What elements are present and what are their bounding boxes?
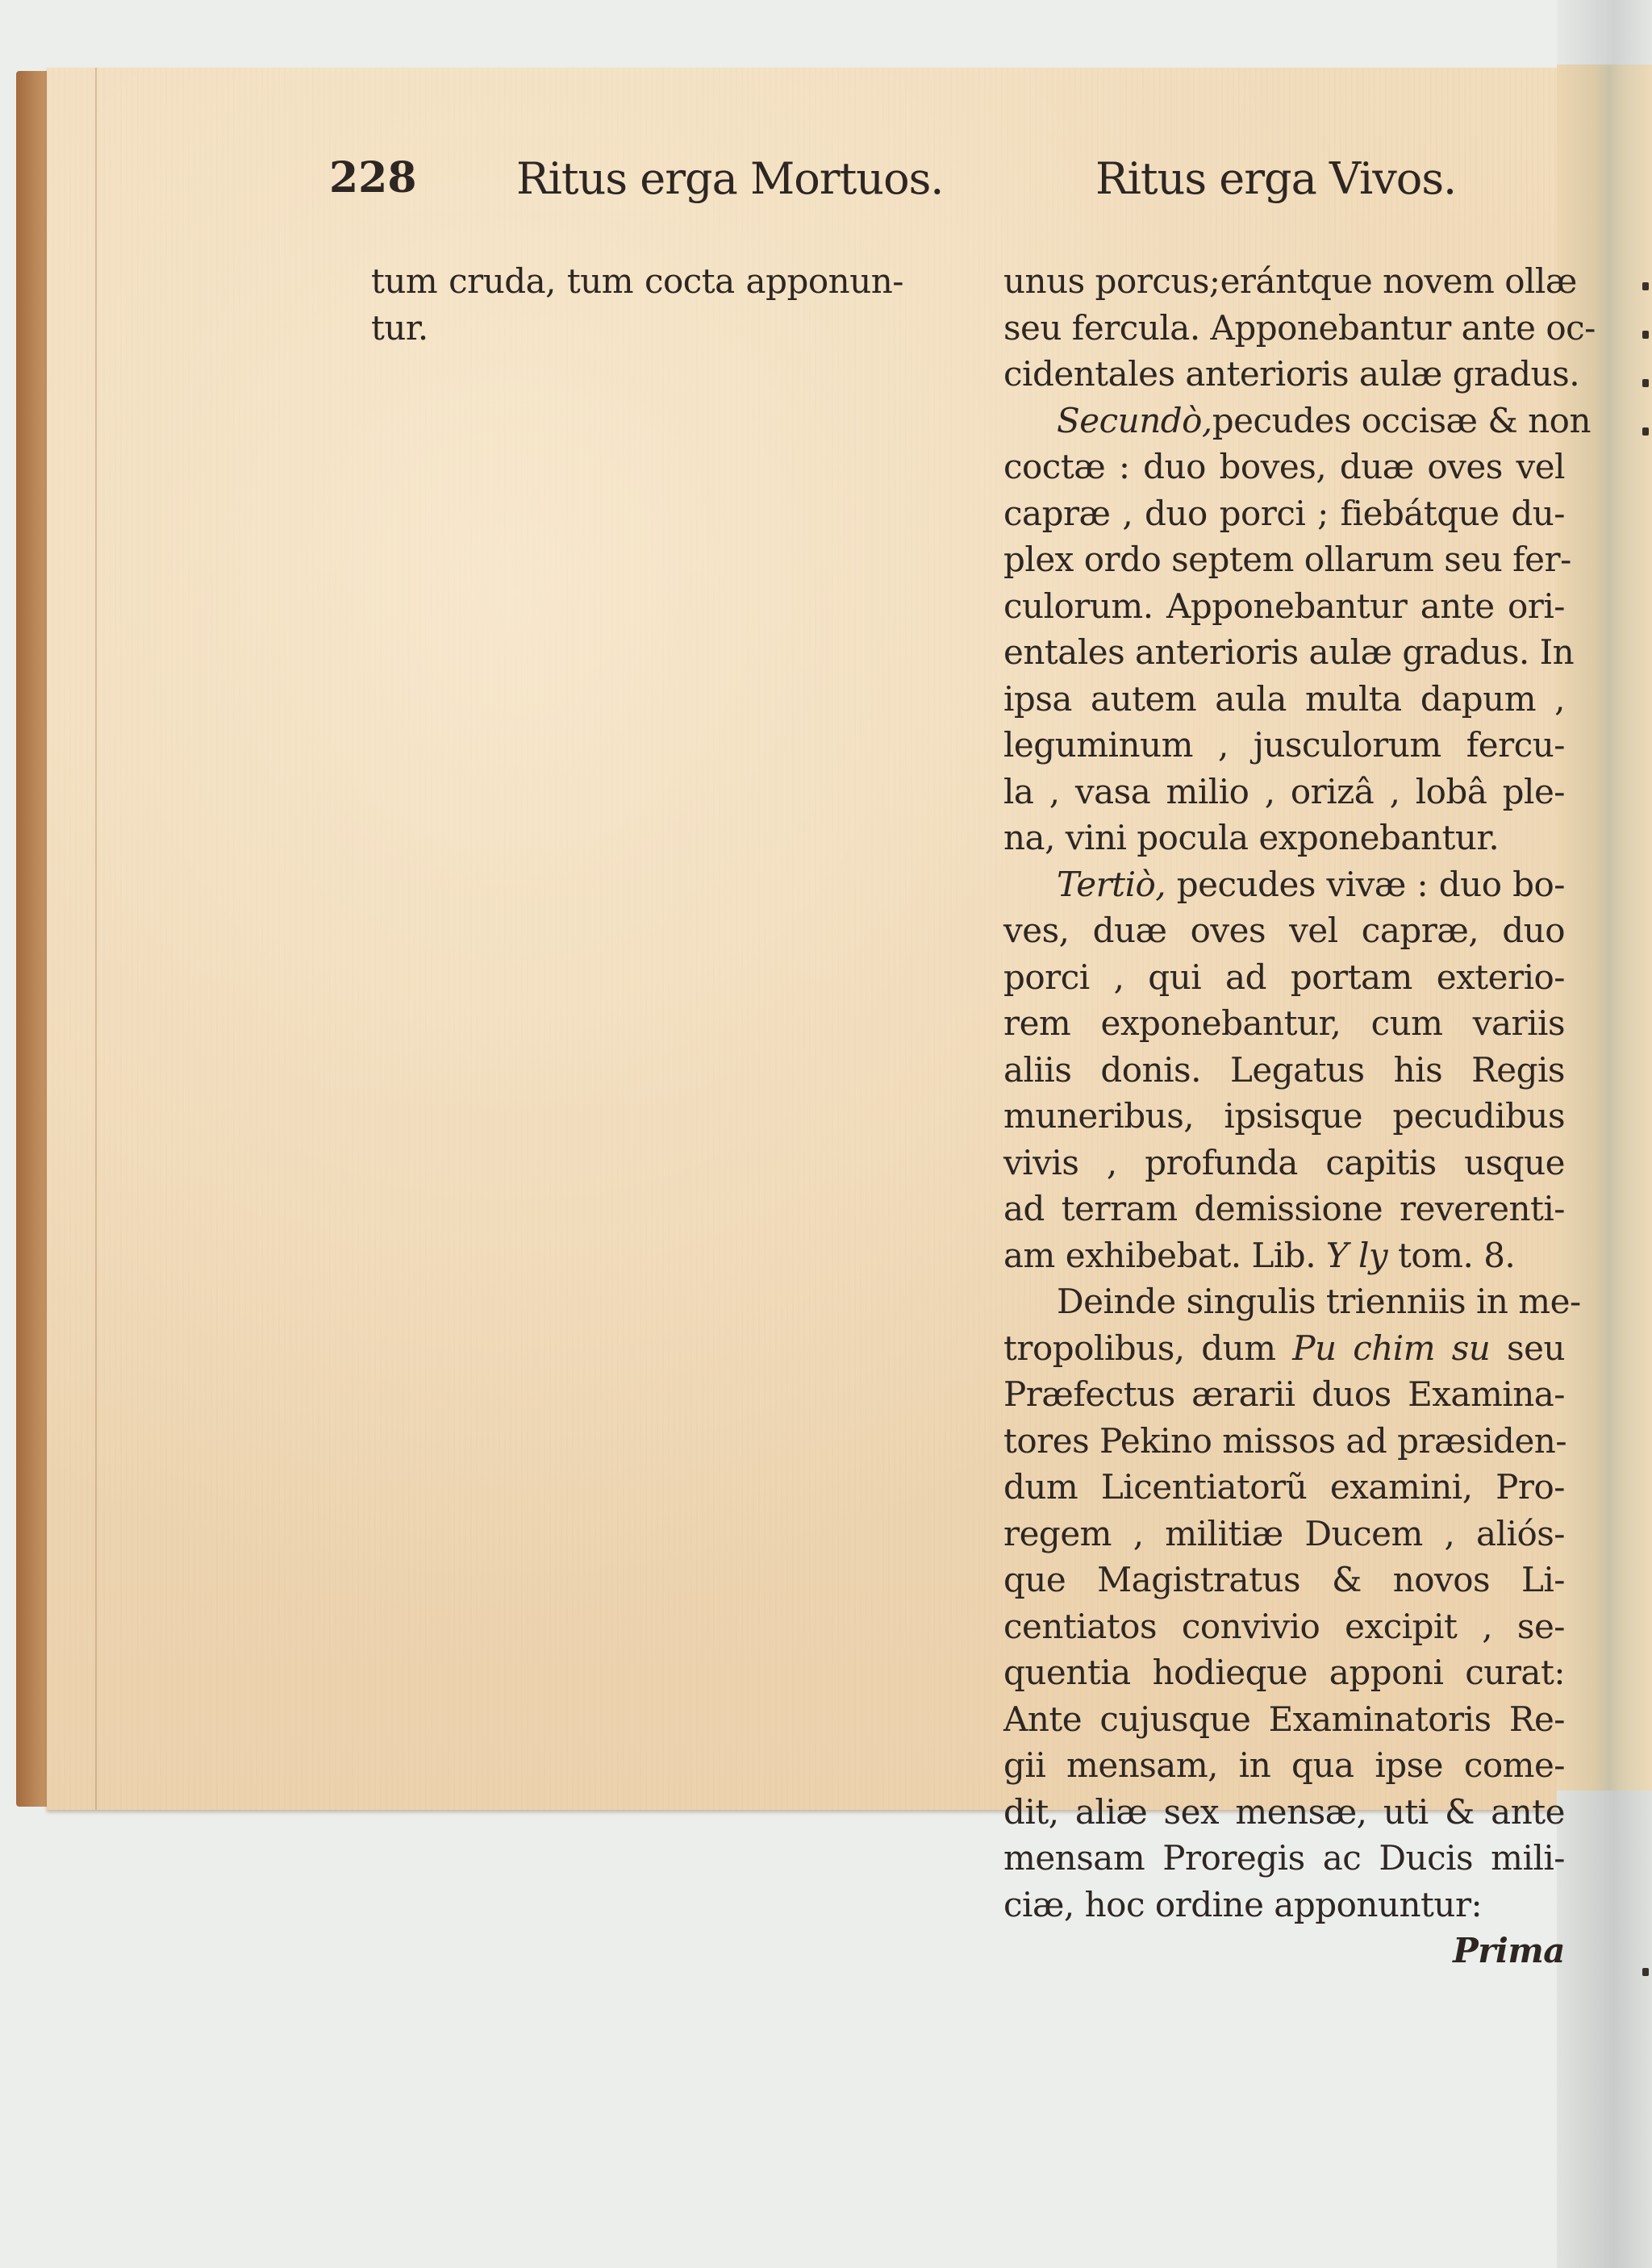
text-line: plex ordo septem ollarum seu fer- <box>1003 536 1565 583</box>
text-line: capræ , duo porci ; fiebátque du- <box>1003 490 1565 537</box>
running-title-left: Ritus erga Mortuos. <box>516 153 943 204</box>
text-line: dit, aliæ sex mensæ, uti & ante <box>1003 1789 1565 1836</box>
italic-tertio: Tertiò, <box>1057 865 1166 904</box>
right-column: unus porcus;erántque novem ollæ seu ferc… <box>1003 258 1565 1974</box>
text-line: cidentales anterioris aulæ gradus. <box>1003 351 1565 398</box>
italic-secundo: Secundò, <box>1057 401 1212 440</box>
italic-pu-chim-su: Pu chim su <box>1292 1328 1490 1368</box>
text-line: mensam Proregis ac Ducis mili- <box>1003 1835 1565 1882</box>
text-line: na, vini pocula exponebantur. <box>1003 815 1565 861</box>
text-line: ipsa autem aula multa dapum , <box>1003 676 1565 723</box>
page-edge-line <box>95 68 97 1810</box>
text-line: porci , qui ad portam exterio- <box>1003 954 1565 1001</box>
text-line: aliis donis. Legatus his Regis <box>1003 1047 1565 1094</box>
text-line: rem exponebantur, cum variis <box>1003 1000 1565 1047</box>
page-number: 228 <box>329 153 417 202</box>
text-line: ad terram demissione reverenti- <box>1003 1186 1565 1232</box>
facing-page-mark <box>1642 379 1649 387</box>
text-line: Præfectus ærarii duos Examina- <box>1003 1371 1565 1418</box>
text-line: culorum. Apponebantur ante ori- <box>1003 583 1565 630</box>
text-line: vivis , profunda capitis usque <box>1003 1140 1565 1186</box>
scan-background-top <box>1557 0 1652 66</box>
text-line: unus porcus;erántque novem ollæ <box>1003 258 1565 305</box>
text-line: tur. <box>371 305 903 352</box>
text-line: Secundò,pecudes occisæ & non <box>1003 398 1565 444</box>
left-column: tum cruda, tum cocta apponun- tur. <box>371 258 903 351</box>
text-line: tum cruda, tum cocta apponun- <box>371 258 903 305</box>
scan-background-bottom <box>1557 1791 1652 2268</box>
text-line: regem , militiæ Ducem , aliós- <box>1003 1511 1565 1557</box>
text-line: tores Pekino missos ad præsiden- <box>1003 1418 1565 1465</box>
text-line: que Magistratus & novos Li- <box>1003 1557 1565 1603</box>
text-line: leguminum , jusculorum fercu- <box>1003 722 1565 769</box>
catchword: Prima <box>1003 1928 1565 1974</box>
text-line: muneribus, ipsisque pecudibus <box>1003 1093 1565 1140</box>
text-line: entales anterioris aulæ gradus. In <box>1003 629 1565 676</box>
text-line: tropolibus, dum Pu chim su seu <box>1003 1325 1565 1372</box>
book-edge <box>16 71 50 1807</box>
facing-page-mark <box>1642 282 1649 290</box>
facing-page-mark <box>1642 1968 1649 1976</box>
text-line: quentia hodieque apponi curat: <box>1003 1649 1565 1696</box>
italic-lib-ref: Y ly <box>1326 1236 1387 1275</box>
facing-page-mark <box>1642 427 1649 436</box>
text-line: coctæ : duo boves, duæ oves vel <box>1003 444 1565 490</box>
facing-page-mark <box>1642 331 1649 339</box>
text-line: ciæ, hoc ordine apponuntur: <box>1003 1882 1565 1928</box>
running-title-right: Ritus erga Vivos. <box>1095 153 1456 204</box>
text-line: am exhibebat. Lib. Y ly tom. 8. <box>1003 1232 1565 1279</box>
text-line: ves, duæ oves vel capræ, duo <box>1003 907 1565 954</box>
text-line: Deinde singulis trienniis in me- <box>1003 1278 1565 1325</box>
text-line: seu fercula. Apponebantur ante oc- <box>1003 305 1565 352</box>
text-line: gii mensam, in qua ipse come- <box>1003 1742 1565 1789</box>
text-line: Ante cujusque Examinatoris Re- <box>1003 1696 1565 1743</box>
text-line: centiatos convivio excipit , se- <box>1003 1603 1565 1650</box>
text-line: la , vasa milio , orizâ , lobâ ple- <box>1003 769 1565 815</box>
text-line: dum Licentiatorũ examini, Pro- <box>1003 1464 1565 1511</box>
text-line: Tertiò, pecudes vivæ : duo bo- <box>1003 861 1565 908</box>
